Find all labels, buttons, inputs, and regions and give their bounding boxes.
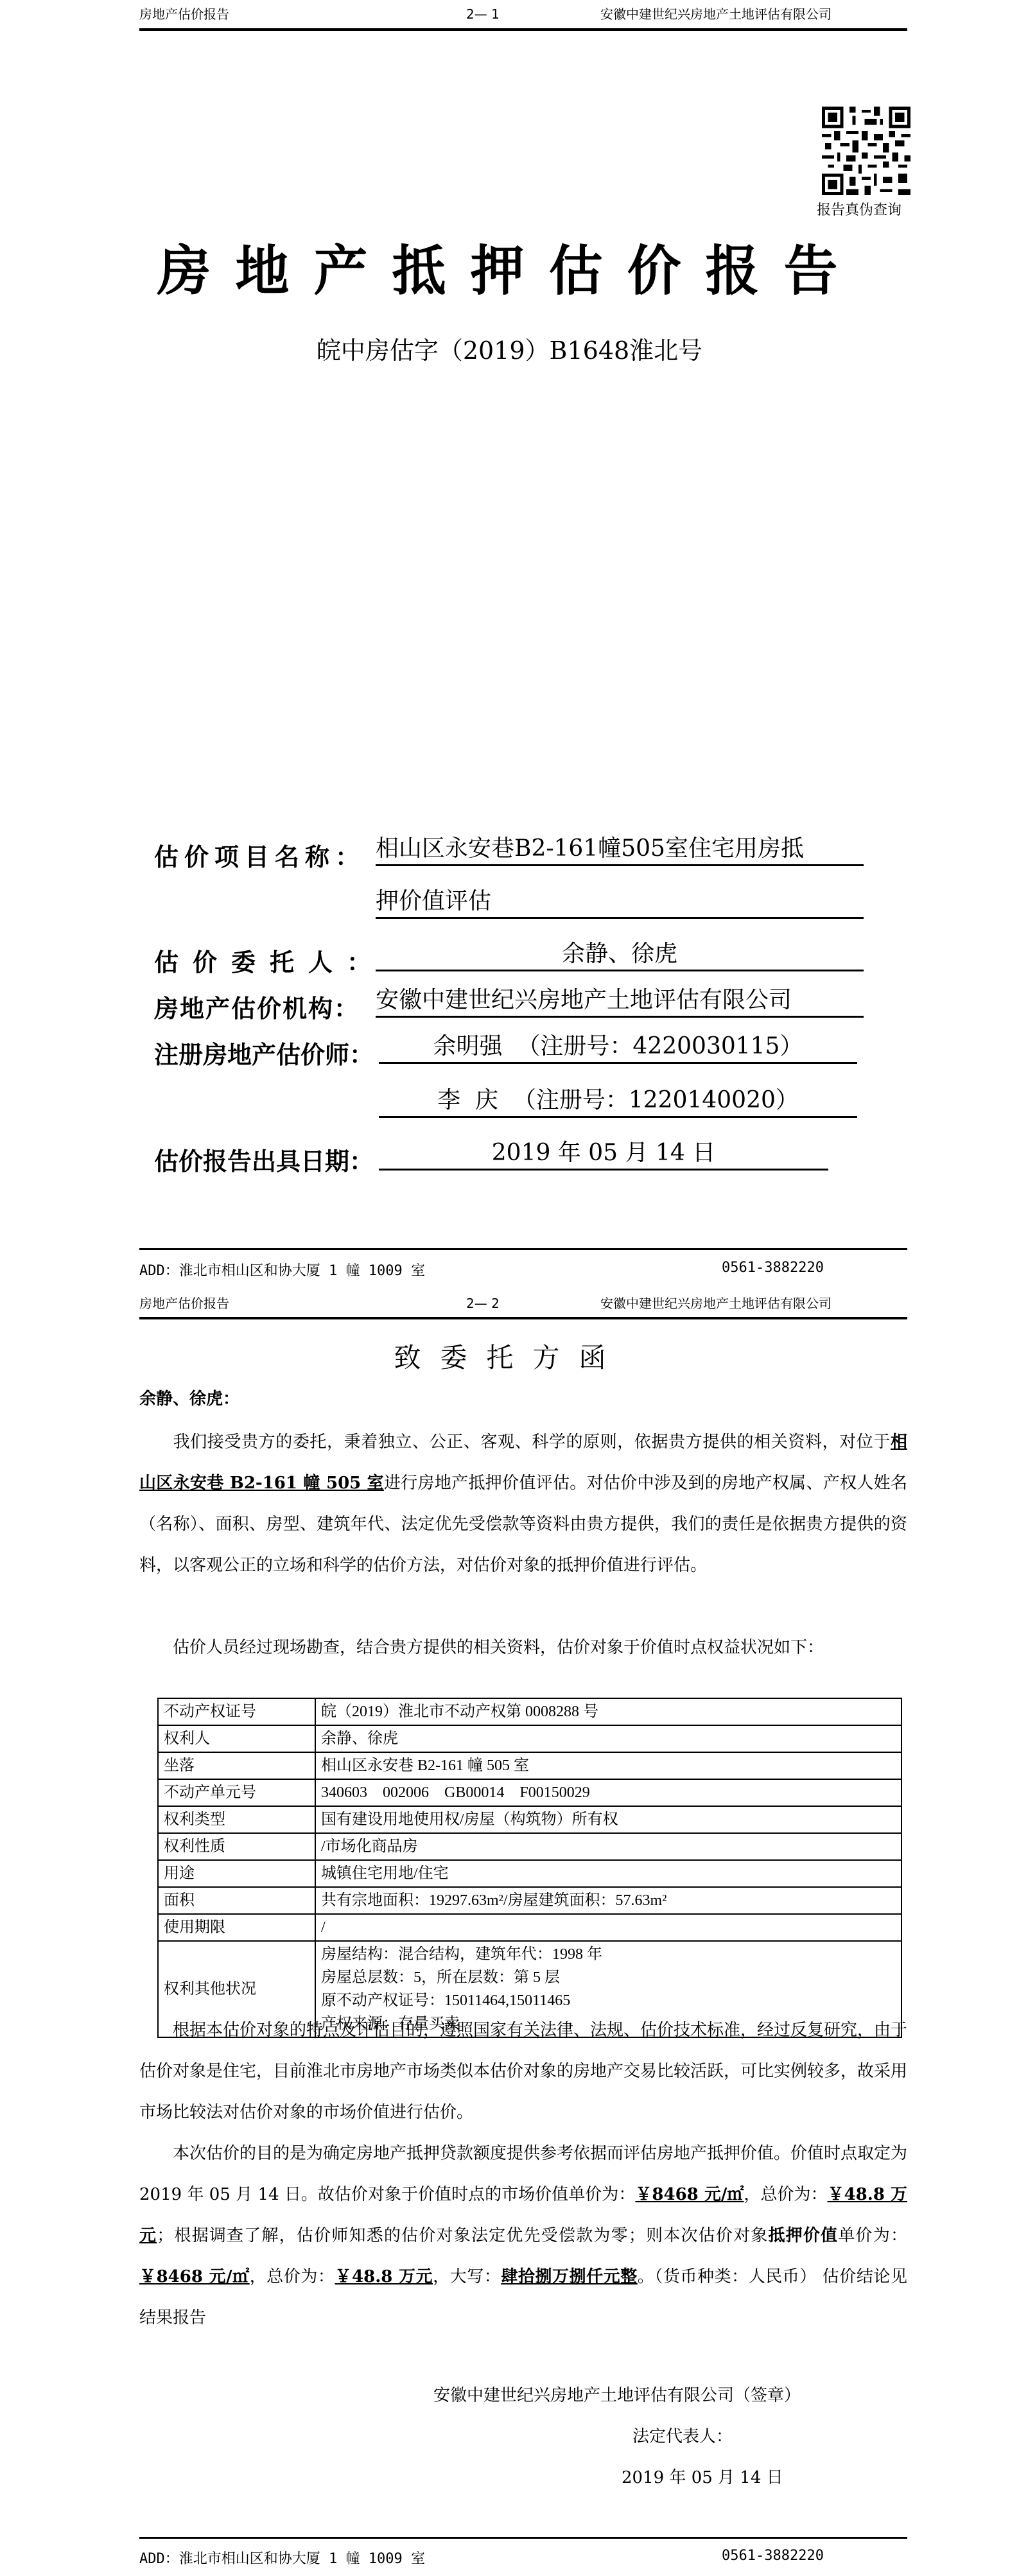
property-rights-table: 不动产权证号皖（2019）淮北市不动产权第 0008288 号 权利人余静、徐虎… <box>157 1698 902 2038</box>
footer-address: ADD：淮北市相山区和协大厦 1 幢 1009 室 <box>139 2548 425 2568</box>
report-number: 皖中房估字（2019）B1648淮北号 <box>0 331 1019 366</box>
report-date-label: 估价报告出具日期： <box>154 1142 374 1177</box>
table-row: 不动产权证号皖（2019）淮北市不动产权第 0008288 号 <box>158 1698 901 1725</box>
mortgage-total-price: ￥48.8 万元 <box>335 2267 433 2286</box>
appraiser-label: 注册房地产估价师： <box>154 1035 374 1070</box>
table-row: 面积共有宗地面积：19297.63m²/房屋建筑面积：57.63m² <box>158 1887 901 1914</box>
footer-address: ADD：淮北市相山区和协大厦 1 幢 1009 室 <box>139 1260 425 1280</box>
project-name-label: 估价项目名称： <box>154 837 365 873</box>
market-unit-price: ￥8468 元/㎡ <box>635 2185 744 2204</box>
footer-rule <box>139 2537 907 2539</box>
letter-title: 致委托方函 <box>0 1337 1019 1375</box>
table-row: 不动产单元号340603 002006 GB00014 F00150029 <box>158 1779 901 1806</box>
header-company: 安徽中建世纪兴房地产土地评估有限公司 <box>600 1296 832 1311</box>
header-rule <box>139 28 907 31</box>
footer-phone: 0561-3882220 <box>722 2548 824 2564</box>
table-row: 权利人余静、徐虎 <box>158 1725 901 1752</box>
header-report-type: 房地产估价报告 <box>139 1296 229 1311</box>
header-page-number: 2— 1 <box>466 6 500 22</box>
footer-rule <box>139 1248 907 1250</box>
total-in-words: 肆拾捌万捌仟元整 <box>501 2267 637 2286</box>
signature-company: 安徽中建世纪兴房地产土地评估有限公司（签章） <box>433 2382 801 2406</box>
report-title: 房地产抵押估价报告 <box>0 228 1019 306</box>
header-page-number: 2— 2 <box>466 1296 500 1311</box>
header-rule <box>139 1317 907 1319</box>
agency-value: 安徽中建世纪兴房地产土地评估有限公司 <box>376 985 864 1018</box>
letter-greeting: 余静、徐虎： <box>139 1386 240 1409</box>
signature-date: 2019 年 05 月 14 日 <box>622 2464 783 2488</box>
table-row: 坐落相山区永安巷 B2-161 幢 505 室 <box>158 1752 901 1779</box>
table-row: 用途城镇住宅用地/住宅 <box>158 1860 901 1887</box>
qr-verify-label: 报告真伪查询 <box>817 199 901 219</box>
paragraph-survey: 估价人员经过现场勘查，结合贵方提供的相关资料，估价对象于价值时点权益状况如下： <box>139 1627 907 1668</box>
appraiser-2: 李 庆 （注册号：1220140020） <box>379 1085 857 1118</box>
paragraph-commission: 我们接受贵方的委托，秉着独立、公正、客观、科学的原则，依据贵方提供的相关资料，对… <box>139 1422 907 1586</box>
header-company: 安徽中建世纪兴房地产土地评估有限公司 <box>600 6 832 22</box>
table-row: 权利类型国有建设用地使用权/房屋（构筑物）所有权 <box>158 1806 901 1833</box>
qr-code-icon[interactable] <box>821 107 911 195</box>
report-date-value: 2019 年 05 月 14 日 <box>379 1138 828 1171</box>
footer-phone: 0561-3882220 <box>722 1260 824 1276</box>
project-name-line2: 押价值评估 <box>376 886 864 919</box>
client-value: 余静、徐虎 <box>376 939 864 971</box>
appraiser-1: 余明强 （注册号：4220030115） <box>379 1031 857 1064</box>
legal-representative-label: 法定代表人： <box>632 2423 733 2447</box>
paragraph-method: 根据本估价对象的特点及评估目的，遵照国家有关法律、法规、估价技术标准，经过反复研… <box>139 2010 907 2133</box>
paragraph-conclusion: 本次估价的目的是为确定房地产抵押贷款额度提供参考依据而评估房地产抵押价值。价值时… <box>139 2133 907 2338</box>
project-name-line1: 相山区永安巷B2-161幢505室住宅用房抵 <box>376 833 864 866</box>
header-report-type: 房地产估价报告 <box>139 6 229 22</box>
table-row: 权利性质/市场化商品房 <box>158 1833 901 1860</box>
client-label: 估价委托人： <box>154 943 385 978</box>
table-row: 使用期限/ <box>158 1914 901 1941</box>
agency-label: 房地产估价机构： <box>154 989 360 1024</box>
mortgage-unit-price: ￥8468 元/㎡ <box>139 2267 250 2286</box>
